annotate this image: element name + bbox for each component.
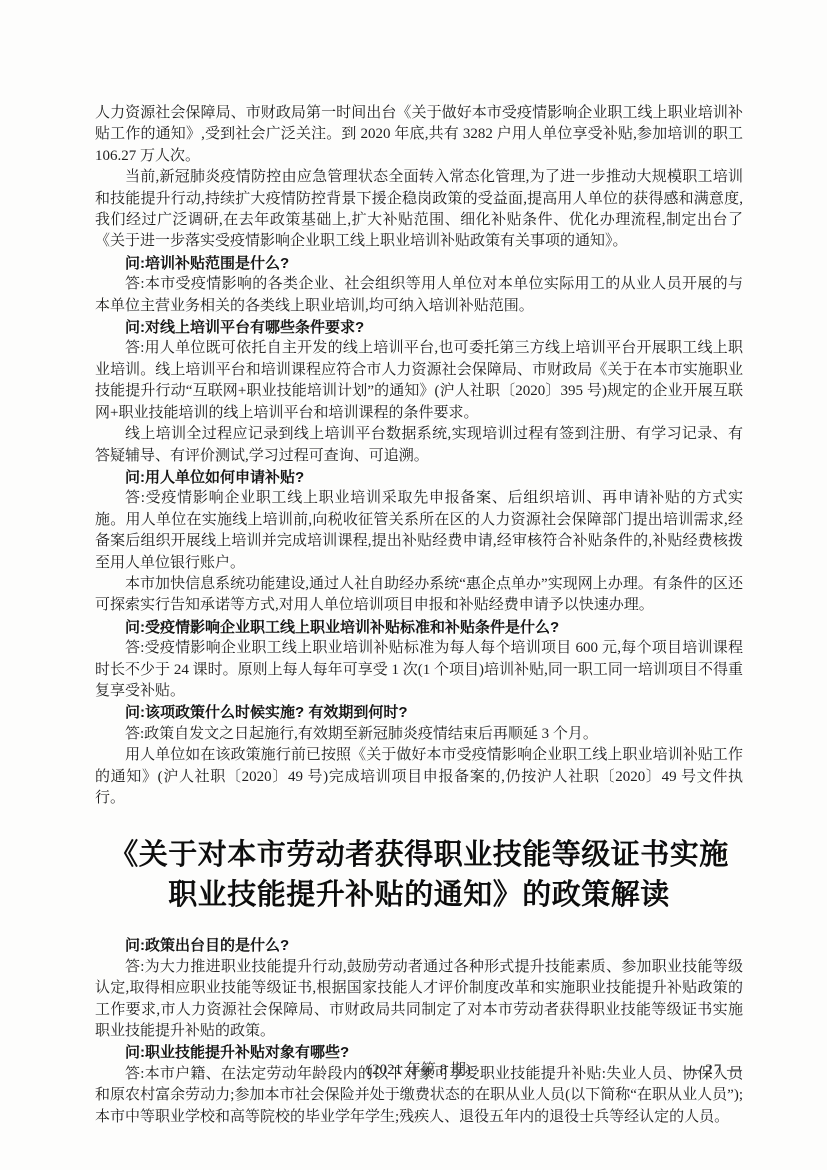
- question-line: 问:对线上培训平台有哪些条件要求?: [95, 317, 743, 338]
- question-line: 问:受疫情影响企业职工线上职业培训补贴标准和补贴条件是什么?: [95, 617, 743, 638]
- answer-paragraph: 答:本市受疫情影响的各类企业、社会组织等用人单位对本单位实际用工的从业人员开展的…: [95, 274, 743, 317]
- body-paragraph: 用人单位如在该政策施行前已按照《关于做好本市受疫情影响企业职工线上职业培训补贴工…: [95, 745, 743, 809]
- answer-paragraph: 答:用人单位既可依托自主开发的线上培训平台,也可委托第三方线上培训平台开展职工线…: [95, 338, 743, 424]
- question-line: 问:用人单位如何申请补贴?: [95, 467, 743, 488]
- answer-paragraph: 答:受疫情影响企业职工线上职业培训采取先申报备案、后组织培训、再申请补贴的方式实…: [95, 488, 743, 574]
- body-paragraph: 本市加快信息系统功能建设,通过人社自助经办系统“惠企点单办”实现网上办理。有条件…: [95, 574, 743, 617]
- body-paragraph: 线上培训全过程应记录到线上培训平台数据系统,实现培训过程有签到注册、有学习记录、…: [95, 424, 743, 467]
- body-paragraph: 当前,新冠肺炎疫情防控由应急管理状态全面转入常态化管理,为了进一步推动大规模职工…: [95, 167, 743, 253]
- question-line: 问:该项政策什么时候实施? 有效期到何时?: [95, 702, 743, 723]
- answer-paragraph: 答:为大力推进职业技能提升行动,鼓励劳动者通过各种形式提升技能素质、参加职业技能…: [95, 957, 743, 1043]
- article-title-line2: 职业技能提升补贴的通知》的政策解读: [168, 879, 670, 911]
- page-footer: (2021 年第 8 期) — 27 —: [95, 1060, 743, 1080]
- article-title-line1: 《关于对本市劳动者获得职业技能等级证书实施: [109, 839, 729, 871]
- body-paragraph: 人力资源社会保障局、市财政局第一时间出台《关于做好本市受疫情影响企业职工线上职业…: [95, 103, 743, 167]
- article-title: 《关于对本市劳动者获得职业技能等级证书实施 职业技能提升补贴的通知》的政策解读: [95, 835, 743, 915]
- issue-label: (2021 年第 8 期): [95, 1060, 743, 1080]
- question-line: 问:政策出台目的是什么?: [95, 935, 743, 956]
- main-text-column: 人力资源社会保障局、市财政局第一时间出台《关于做好本市受疫情影响企业职工线上职业…: [95, 103, 743, 1128]
- page-number: — 27 —: [685, 1060, 744, 1080]
- answer-paragraph: 答:受疫情影响企业职工线上职业培训补贴标准为每人每个培训项目 600 元,每个项…: [95, 638, 743, 702]
- question-line: 问:培训补贴范围是什么?: [95, 253, 743, 274]
- document-page: 人力资源社会保障局、市财政局第一时间出台《关于做好本市受疫情影响企业职工线上职业…: [0, 0, 827, 1170]
- answer-paragraph: 答:政策自发文之日起施行,有效期至新冠肺炎疫情结束后再顺延 3 个月。: [95, 724, 743, 745]
